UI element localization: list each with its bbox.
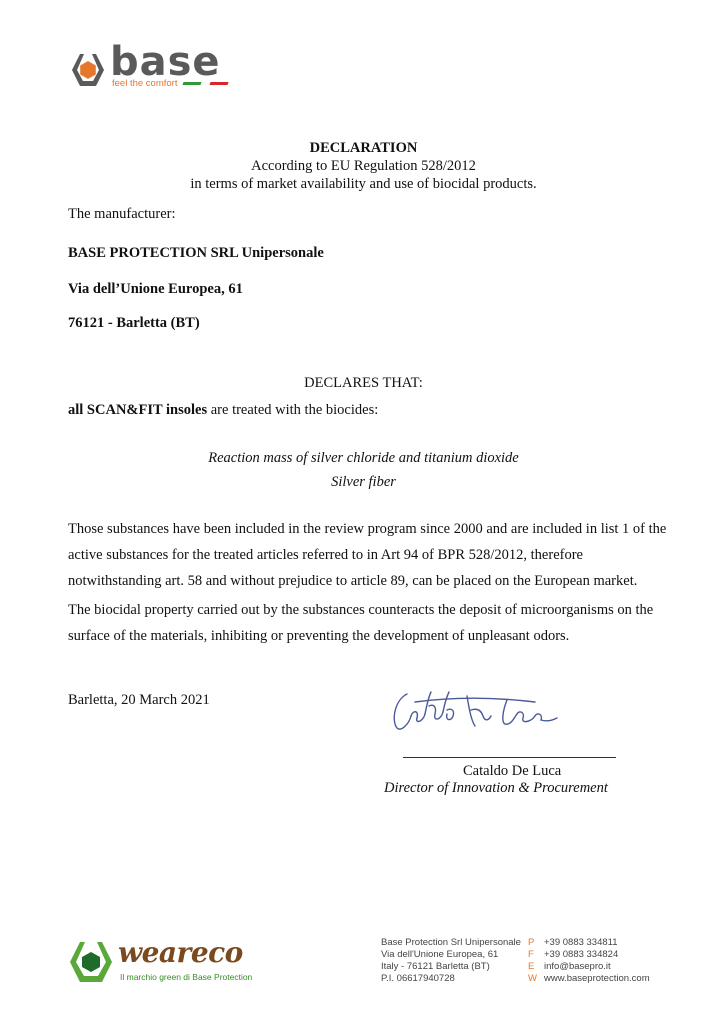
manufacturer-city: 76121 - Barletta (BT) — [68, 314, 200, 332]
handwritten-signature — [385, 680, 565, 740]
wrench-hexagon-icon — [68, 50, 108, 90]
paragraph-review-program: Those substances have been included in t… — [68, 516, 668, 594]
declares-subject: all SCAN&FIT insoles are treated with th… — [68, 401, 378, 419]
flag-stripe-red — [209, 82, 228, 85]
contact-value: +39 0883 334824 — [544, 949, 618, 960]
contact-key: F — [528, 949, 544, 961]
footer-contacts: P+39 0883 334811 F+39 0883 334824 Einfo@… — [528, 937, 650, 985]
biocide-item: Reaction mass of silver chloride and tit… — [0, 449, 727, 467]
contact-key: W — [528, 973, 544, 985]
footer-address-line: P.I. 06617940728 — [381, 973, 521, 985]
paragraph-biocidal-property: The biocidal property carried out by the… — [68, 597, 668, 649]
contact-key: E — [528, 961, 544, 973]
contact-value: +39 0883 334811 — [544, 937, 618, 948]
signatory-name: Cataldo De Luca — [463, 762, 561, 780]
weareco-tagline: Il marchio green di Base Protection — [120, 972, 252, 982]
manufacturer-street: Via dell’Unione Europea, 61 — [68, 280, 243, 298]
product-name: all SCAN&FIT insoles — [68, 402, 207, 418]
title-line-1: According to EU Regulation 528/2012 — [0, 157, 727, 175]
contact-value[interactable]: www.baseprotection.com — [544, 973, 650, 984]
declares-heading: DECLARES THAT: — [0, 374, 727, 392]
flag-stripe-green — [182, 82, 201, 85]
contact-website[interactable]: Wwww.baseprotection.com — [528, 973, 650, 985]
declares-subject-rest: are treated with the biocides: — [207, 402, 378, 418]
footer-address-line: Base Protection Srl Unipersonale — [381, 937, 521, 949]
footer-address-line: Via dell'Unione Europea, 61 — [381, 949, 521, 961]
manufacturer-name: BASE PROTECTION SRL Unipersonale — [68, 244, 324, 262]
footer-address-line: Italy - 76121 Barletta (BT) — [381, 961, 521, 973]
declaration-page: base feel the comfort DECLARATION Accord… — [0, 0, 727, 1024]
weareco-wordmark: weareco — [118, 936, 243, 969]
place-date: Barletta, 20 March 2021 — [68, 691, 210, 709]
signature-line — [403, 757, 616, 758]
contact-email[interactable]: Einfo@basepro.it — [528, 961, 650, 973]
manufacturer-label: The manufacturer: — [68, 205, 175, 223]
signatory-title: Director of Innovation & Procurement — [384, 779, 608, 797]
title-heading: DECLARATION — [0, 139, 727, 157]
contact-key: P — [528, 937, 544, 949]
leaf-hexagon-icon — [68, 940, 114, 984]
logo-tagline: feel the comfort — [112, 78, 177, 89]
logo-wordmark: base — [110, 42, 221, 82]
contact-value[interactable]: info@basepro.it — [544, 961, 611, 972]
base-logo: base feel the comfort — [68, 50, 238, 90]
contact-phone: P+39 0883 334811 — [528, 937, 650, 949]
weareco-logo: weareco Il marchio green di Base Protect… — [68, 940, 268, 985]
title-line-2: in terms of market availability and use … — [0, 175, 727, 193]
biocide-item: Silver fiber — [0, 473, 727, 491]
contact-fax: F+39 0883 334824 — [528, 949, 650, 961]
footer-address: Base Protection Srl Unipersonale Via del… — [381, 937, 521, 985]
document-title: DECLARATION According to EU Regulation 5… — [0, 139, 727, 193]
